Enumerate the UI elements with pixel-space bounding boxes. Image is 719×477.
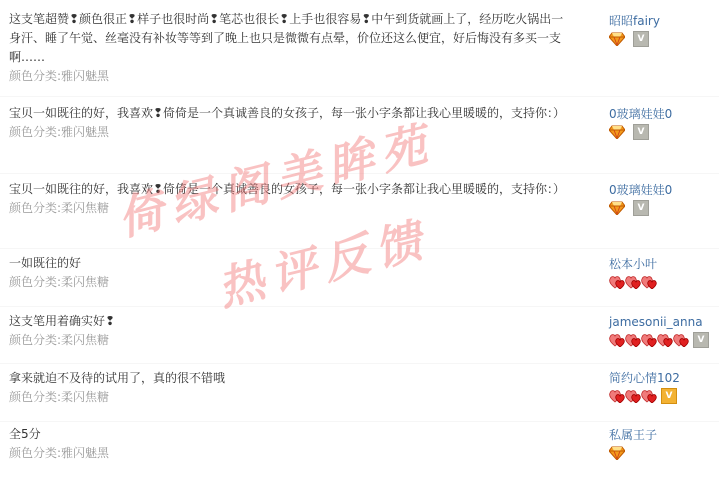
reviewer-info: jamesonii_anna V xyxy=(609,313,719,348)
reviewer-name-link[interactable]: 松本小叶 xyxy=(609,255,719,273)
review-row: 一如既往的好 颜色分类:柔闪焦糖 松本小叶 xyxy=(0,249,719,307)
review-row: 这支笔用着确实好❢ 颜色分类:柔闪焦糖 jamesonii_anna V xyxy=(0,307,719,364)
review-text: 宝贝一如既往的好，我喜欢❢倚倚是一个真诚善良的女孩子，每一张小字条都让我心里暖暖… xyxy=(9,180,569,199)
review-row: 全5分 颜色分类:雅闪魅黑 私属王子 xyxy=(0,422,719,477)
review-text: 一如既往的好 xyxy=(9,254,569,273)
review-content: 拿来就迫不及待的试用了，真的很不错哦 颜色分类:柔闪焦糖 xyxy=(9,369,569,406)
vip-level-icon: V xyxy=(693,332,709,348)
diamond-icon xyxy=(609,32,625,46)
review-text: 全5分 xyxy=(9,425,569,444)
review-content: 这支笔超赞❢颜色很正❢样子也很时尚❢笔芯也很长❢上手也很容易❢中午到货就画上了，… xyxy=(9,10,569,85)
reviewer-info: 0玻璃娃娃0 V xyxy=(609,181,719,216)
review-content: 宝贝一如既往的好，我喜欢❢倚倚是一个真诚善良的女孩子，每一张小字条都让我心里暖暖… xyxy=(9,104,569,141)
review-sku: 颜色分类:柔闪焦糖 xyxy=(9,199,569,217)
reviewer-info: 0玻璃娃娃0 V xyxy=(609,105,719,140)
review-sku: 颜色分类:柔闪焦糖 xyxy=(9,331,569,349)
heart-icon xyxy=(641,333,657,347)
heart-icon xyxy=(673,333,689,347)
heart-icon xyxy=(609,333,625,347)
review-sku: 颜色分类:柔闪焦糖 xyxy=(9,388,569,406)
vip-level-icon: V xyxy=(633,31,649,47)
review-row: 这支笔超赞❢颜色很正❢样子也很时尚❢笔芯也很长❢上手也很容易❢中午到货就画上了，… xyxy=(0,0,719,97)
reviewer-badges xyxy=(609,445,719,461)
reviewer-badges: V xyxy=(609,332,719,348)
reviewer-info: 私属王子 xyxy=(609,426,719,461)
heart-icon xyxy=(641,389,657,403)
reviewer-info: 简约心情102 V xyxy=(609,369,719,404)
review-text: 这支笔用着确实好❢ xyxy=(9,312,569,331)
review-text: 宝贝一如既往的好，我喜欢❢倚倚是一个真诚善良的女孩子，每一张小字条都让我心里暖暖… xyxy=(9,104,569,123)
review-row: 宝贝一如既往的好，我喜欢❢倚倚是一个真诚善良的女孩子，每一张小字条都让我心里暖暖… xyxy=(0,174,719,249)
reviewer-name-link[interactable]: 昭昭fairy xyxy=(609,12,719,30)
reviewer-badges xyxy=(609,274,719,290)
heart-icon xyxy=(641,275,657,289)
diamond-icon xyxy=(609,125,625,139)
review-content: 这支笔用着确实好❢ 颜色分类:柔闪焦糖 xyxy=(9,312,569,349)
vip-level-icon: V xyxy=(633,124,649,140)
vip-level-icon: V xyxy=(633,200,649,216)
heart-icon xyxy=(625,389,641,403)
review-sku: 颜色分类:雅闪魅黑 xyxy=(9,123,569,141)
review-content: 一如既往的好 颜色分类:柔闪焦糖 xyxy=(9,254,569,291)
review-sku: 颜色分类:雅闪魅黑 xyxy=(9,67,569,85)
vip-level-icon: V xyxy=(661,388,677,404)
reviewer-badges: V xyxy=(609,124,719,140)
review-text: 拿来就迫不及待的试用了，真的很不错哦 xyxy=(9,369,569,388)
reviewer-info: 松本小叶 xyxy=(609,255,719,290)
review-content: 全5分 颜色分类:雅闪魅黑 xyxy=(9,425,569,462)
review-row: 宝贝一如既往的好，我喜欢❢倚倚是一个真诚善良的女孩子，每一张小字条都让我心里暖暖… xyxy=(0,97,719,174)
heart-icon xyxy=(657,333,673,347)
diamond-icon xyxy=(609,201,625,215)
review-sku: 颜色分类:柔闪焦糖 xyxy=(9,273,569,291)
review-sku: 颜色分类:雅闪魅黑 xyxy=(9,444,569,462)
reviewer-badges: V xyxy=(609,31,719,47)
reviewer-name-link[interactable]: 0玻璃娃娃0 xyxy=(609,181,719,199)
reviewer-name-link[interactable]: 简约心情102 xyxy=(609,369,719,387)
heart-icon xyxy=(625,275,641,289)
reviewer-name-link[interactable]: jamesonii_anna xyxy=(609,313,719,331)
review-row: 拿来就迫不及待的试用了，真的很不错哦 颜色分类:柔闪焦糖 简约心情102 V xyxy=(0,364,719,422)
review-text: 这支笔超赞❢颜色很正❢样子也很时尚❢笔芯也很长❢上手也很容易❢中午到货就画上了，… xyxy=(9,10,569,67)
reviewer-badges: V xyxy=(609,200,719,216)
heart-icon xyxy=(609,389,625,403)
heart-icon xyxy=(609,275,625,289)
reviewer-info: 昭昭fairy V xyxy=(609,12,719,47)
reviewer-name-link[interactable]: 私属王子 xyxy=(609,426,719,444)
reviewer-name-link[interactable]: 0玻璃娃娃0 xyxy=(609,105,719,123)
reviewer-badges: V xyxy=(609,388,719,404)
diamond-icon xyxy=(609,446,625,460)
heart-icon xyxy=(625,333,641,347)
review-content: 宝贝一如既往的好，我喜欢❢倚倚是一个真诚善良的女孩子，每一张小字条都让我心里暖暖… xyxy=(9,180,569,217)
